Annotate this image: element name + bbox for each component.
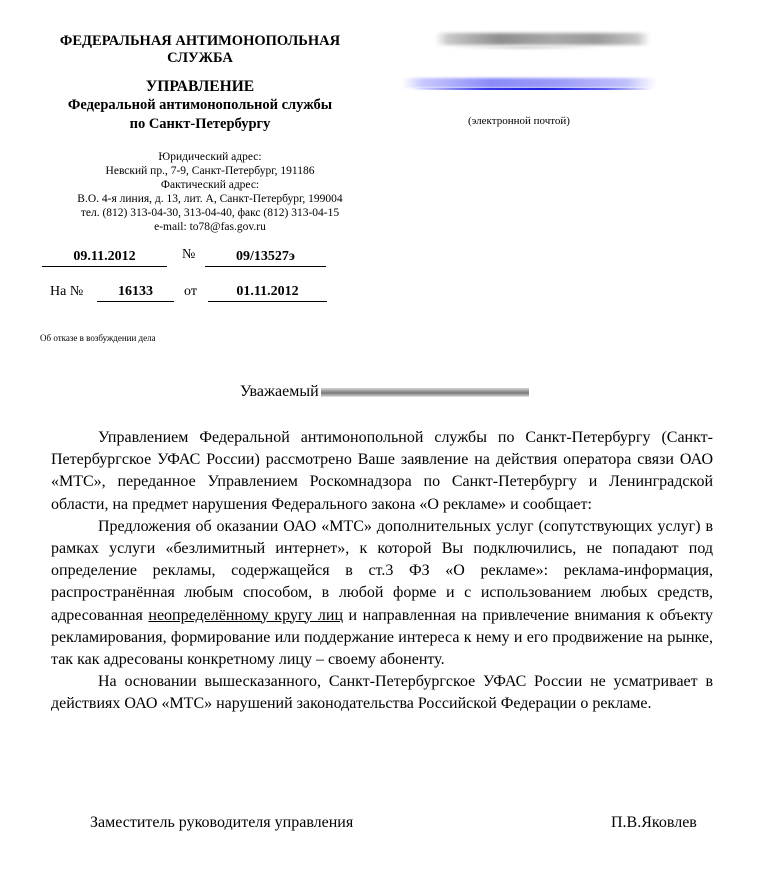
recipient-email-redaction (402, 78, 657, 88)
department-name-line2: по Санкт-Петербургу (30, 115, 370, 134)
actual-address-label: Фактический адрес: (30, 178, 390, 192)
underlined-phrase: неопределённому кругу лиц (148, 607, 343, 624)
reference-number: 16133 (97, 284, 174, 302)
outgoing-number: 09/13527э (205, 249, 326, 267)
outgoing-date: 09.11.2012 (42, 249, 167, 267)
signatory-name: П.В.Яковлев (611, 814, 697, 832)
department-name: Федеральной антимонопольной службы по Са… (30, 96, 370, 134)
outgoing-number-label: № (182, 247, 195, 263)
actual-address: В.О. 4-я линия, д. 13, лит. А, Санкт-Пет… (30, 192, 390, 206)
agency-address-block: Юридический адрес: Невский пр., 7-9, Сан… (30, 150, 390, 234)
phone-numbers: тел. (812) 313-04-30, 313-04-40, факс (8… (30, 206, 390, 220)
department-title: УПРАВЛЕНИЕ (30, 78, 370, 95)
letter-body: Управлением Федеральной антимонопольной … (51, 427, 713, 716)
agency-name: ФЕДЕРАЛЬНАЯ АНТИМОНОПОЛЬНАЯ СЛУЖБА (30, 33, 370, 67)
recipient-name-redaction-shadow (450, 46, 600, 49)
salutation-text: Уважаемый (240, 383, 319, 401)
delivery-method: (электронной почтой) (468, 115, 570, 127)
body-paragraph-3: На основании вышесказанного, Санкт-Петер… (51, 671, 713, 715)
legal-address-label: Юридический адрес: (30, 150, 390, 164)
reference-date-label: от (184, 284, 197, 300)
recipient-name-redaction (435, 33, 650, 45)
reference-date: 01.11.2012 (208, 284, 327, 302)
body-paragraph-1: Управлением Федеральной антимонопольной … (51, 427, 713, 516)
salutation: Уважаемый (240, 383, 529, 401)
department-name-line1: Федеральной антимонопольной службы (30, 96, 370, 115)
letter-subject: Об отказе в возбуждении дела (40, 333, 156, 343)
reference-number-label: На № (50, 284, 83, 300)
legal-address: Невский пр., 7-9, Санкт-Петербург, 19118… (30, 164, 390, 178)
recipient-email-underline (412, 88, 652, 90)
agency-email: e-mail: to78@fas.gov.ru (30, 220, 390, 234)
body-paragraph-2: Предложения об оказании ОАО «МТС» дополн… (51, 516, 713, 671)
signatory-title: Заместитель руководителя управления (90, 814, 353, 832)
addressee-name-redaction (321, 388, 529, 397)
